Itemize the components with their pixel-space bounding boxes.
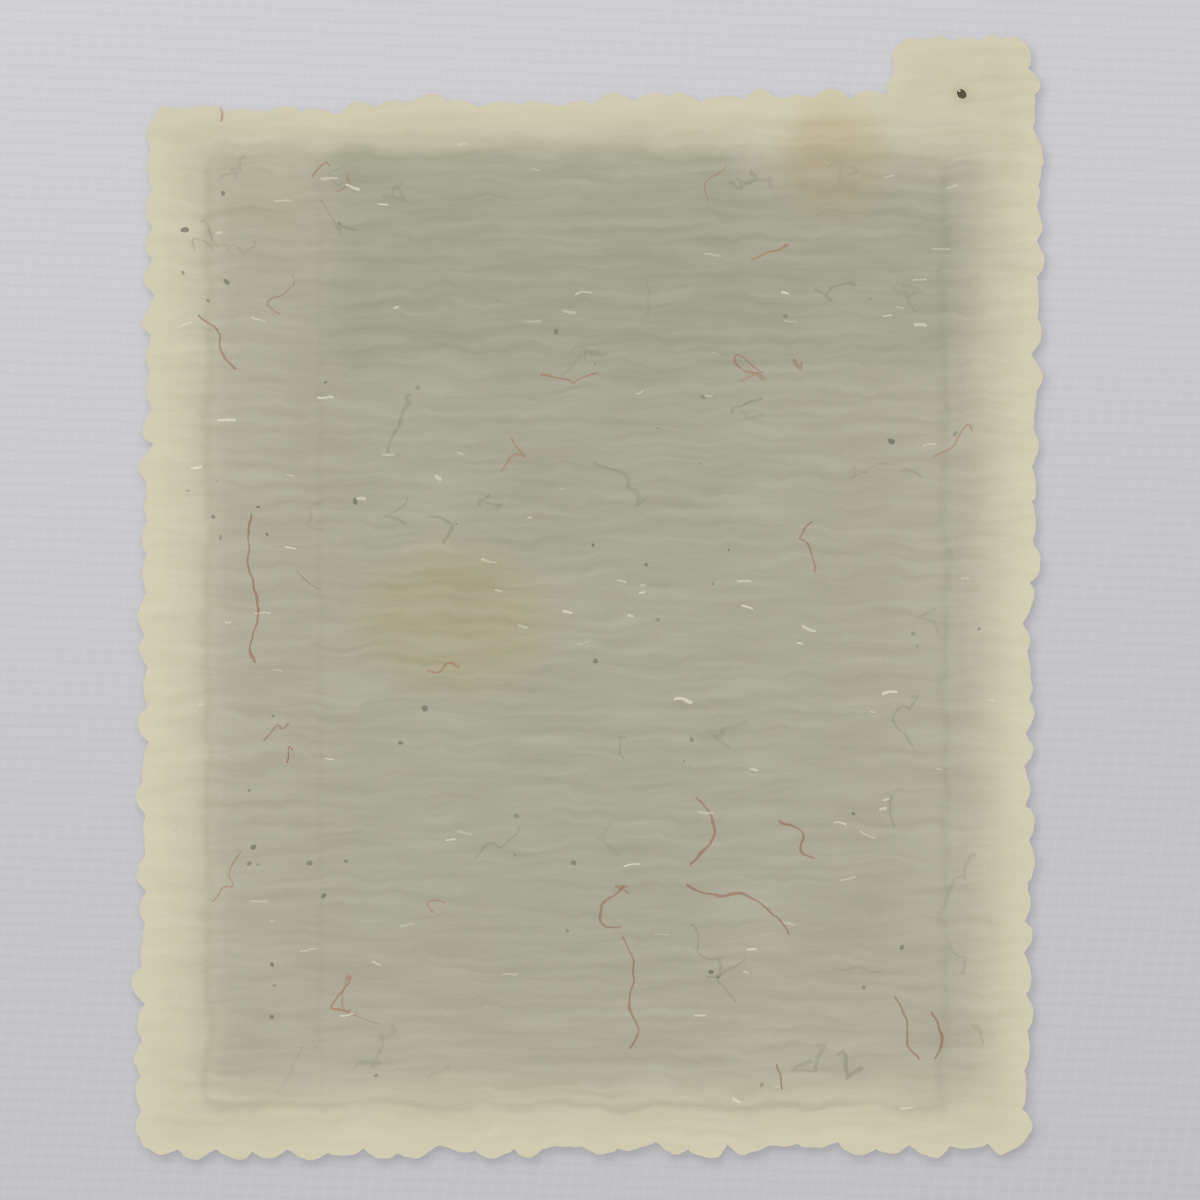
stamp-back: [133, 30, 1070, 1178]
photo-background: [0, 0, 1200, 1200]
stamp-photo: [0, 0, 1200, 1200]
paper-grain-texture: [133, 30, 1070, 1175]
pin-hole-highlight: [958, 88, 961, 91]
